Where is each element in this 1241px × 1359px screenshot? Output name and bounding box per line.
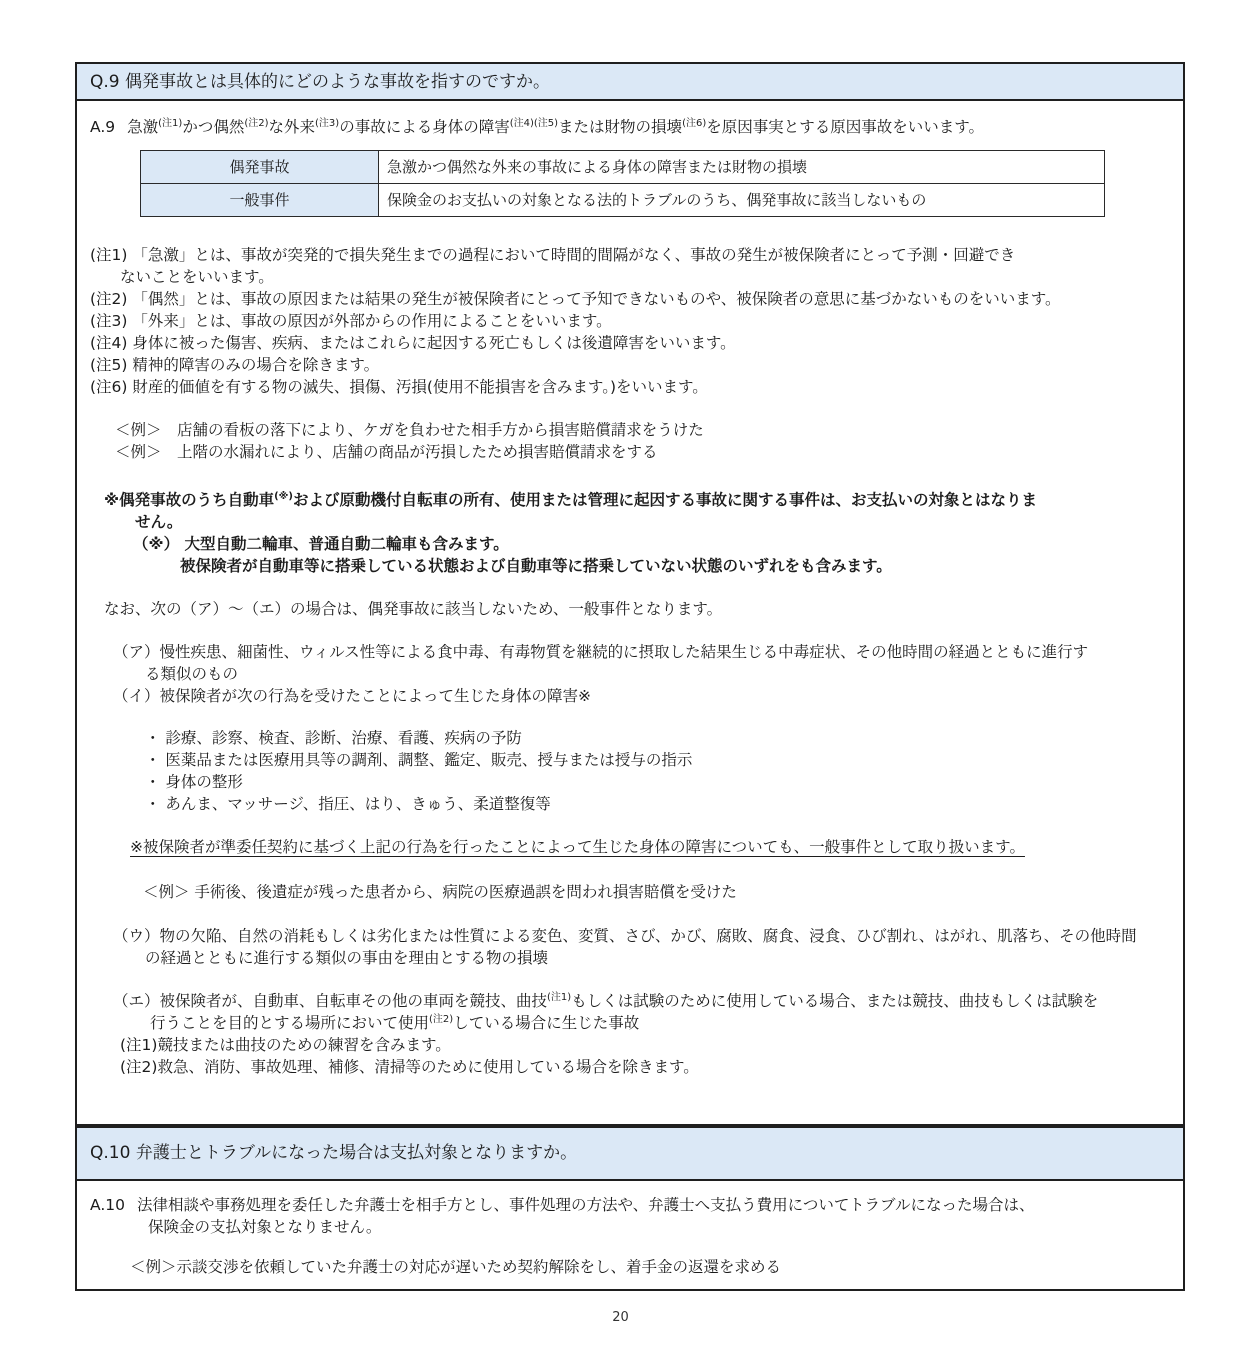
auto-note-text-2: および原動機付自転車の所有、使用または管理に起因する事故に関する事件は、お支払い… [293, 491, 1037, 509]
item-e-line-2: 行うことを目的とする場所において使用(注2)している場合に生じた事故 [90, 1012, 1167, 1034]
a10-label: A.10 [90, 1194, 125, 1216]
a10-intro-line: A.10法律相談や事務処理を委任した弁護士を相手方とし、事件処理の方法や、弁護士… [90, 1194, 1167, 1216]
list-item-pharmaceuticals: ・ 医薬品または医療用具等の調剤、調整、鑑定、販売、授与または授与の指示 [90, 749, 1167, 771]
nao-line: なお、次の（ア）～（エ）の場合は、偶発事故に該当しないため、一般事件となります。 [90, 598, 1167, 620]
q10-question-header: Q.10 弁護士とトラブルになった場合は支払対象となりますか。 [75, 1126, 1185, 1181]
example-signboard: ＜例＞ 店舗の看板の落下により、ケガを負わせた相手方から損害賠償請求をうけた [90, 419, 1167, 441]
a9-label: A.9 [90, 116, 115, 138]
exclusion-items-a-i: （ア）慢性疾患、細菌性、ウィルス性等による食中毒、有毒物質を継続的に摂取した結果… [90, 641, 1167, 707]
a9-text-1: 急激 [127, 118, 158, 136]
surgery-example-block: ＜例＞ 手術後、後遺症が残った患者から、病院の医療過誤を問われ損害賠償を受けた [90, 881, 1167, 903]
item-e-note-1: (注1)競技または曲技のための練習を含みます。 [90, 1034, 1167, 1056]
note-1-line-2: ないことをいいます。 [90, 266, 1167, 288]
a10-example: ＜例＞示談交渉を依頼していた弁護士の対応が遅いため契約解除をし、着手金の返還を求… [90, 1256, 1167, 1278]
a9-note-ref-2: (注2) [244, 118, 268, 129]
note-1-line-1: (注1) 「急激」とは、事故が突発的で損失発生までの過程において時間的間隔がなく… [90, 244, 1167, 266]
medical-acts-list: ・ 診療、診察、検査、診断、治療、看護、疾病の予防 ・ 医薬品または医療用具等の… [90, 727, 1167, 815]
note-4: (注4) 身体に被った傷害、疾病、またはこれらに起因する死亡もしくは後遺障害をい… [90, 332, 1167, 354]
a9-note-ref-5: (注6) [682, 118, 706, 129]
a9-text-4: の事故による身体の障害 [339, 118, 510, 136]
note-6: (注6) 財産的価値を有する物の滅失、損傷、汚損(使用不能損害を含みます。)をい… [90, 376, 1167, 398]
auto-note-ref: (※) [274, 491, 293, 502]
item-e-text-4: している場合に生じた事故 [453, 1014, 639, 1032]
a9-note-ref-4: (注4)(注5) [510, 118, 558, 129]
item-e-line-1: （エ）被保険者が、自動車、自転車その他の車両を競技、曲技(注1)もしくは試験のた… [90, 990, 1167, 1012]
auto-note-line-2: せん。 [90, 511, 1167, 533]
example-water-leak: ＜例＞ 上階の水漏れにより、店舗の商品が汚損したため損害賠償請求をする [90, 441, 1167, 463]
table-row-ippan: 一般事件 保険金のお支払いの対象となる法的トラブルのうち、偶発事故に該当しないも… [141, 184, 1105, 217]
notes-block: (注1) 「急激」とは、事故が突発的で損失発生までの過程において時間的間隔がなく… [90, 244, 1167, 398]
item-i-line: （イ）被保険者が次の行為を受けたことによって生じた身体の障害※ [90, 685, 1167, 707]
exclusion-item-e: （エ）被保険者が、自動車、自転車その他の車両を競技、曲技(注1)もしくは試験のた… [90, 990, 1167, 1078]
item-a-line-2: る類似のもの [90, 663, 1167, 685]
a9-answer-box: A.9急激(注1)かつ偶然(注2)な外来(注3)の事故による身体の障害(注4)(… [75, 101, 1185, 1126]
general-case-intro: なお、次の（ア）～（エ）の場合は、偶発事故に該当しないため、一般事件となります。 [90, 598, 1167, 620]
term-cell: 一般事件 [141, 184, 379, 217]
auto-note-line-1: ※偶発事故のうち自動車(※)および原動機付自転車の所有、使用または管理に起因する… [90, 489, 1167, 511]
item-e-text-3: 行うことを目的とする場所において使用 [150, 1014, 429, 1032]
note-2: (注2) 「偶然」とは、事故の原因または結果の発生が被保険者にとって予知できない… [90, 288, 1167, 310]
a9-note-ref-3: (注3) [315, 118, 339, 129]
item-u-line-2: の経過とともに進行する類似の事由を理由とする物の損壊 [90, 947, 1167, 969]
a10-answer-box: A.10法律相談や事務処理を委任した弁護士を相手方とし、事件処理の方法や、弁護士… [75, 1181, 1185, 1291]
item-a-line-1: （ア）慢性疾患、細菌性、ウィルス性等による食中毒、有毒物質を継続的に摂取した結果… [90, 641, 1167, 663]
item-u-line-1: （ウ）物の欠陥、自然の消耗もしくは劣化または性質による変色、変質、さび、かび、腐… [90, 925, 1167, 947]
automobile-exclusion-note: ※偶発事故のうち自動車(※)および原動機付自転車の所有、使用または管理に起因する… [90, 489, 1167, 577]
item-e-note-ref-2: (注2) [429, 1014, 453, 1025]
a9-note-ref-1: (注1) [158, 118, 182, 129]
a9-intro-line: A.9急激(注1)かつ偶然(注2)な外来(注3)の事故による身体の障害(注4)(… [90, 116, 1167, 138]
a9-text-5: または財物の損壊 [558, 118, 682, 136]
item-e-note-ref-1: (注1) [547, 992, 571, 1003]
note-3: (注3) 「外来」とは、事故の原因が外部からの作用によることをいいます。 [90, 310, 1167, 332]
incident-definition-table: 偶発事故 急激かつ偶然な外来の事故による身体の障害または財物の損壊 一般事件 保… [140, 150, 1105, 217]
a9-text-3: な外来 [269, 118, 316, 136]
list-item-body-shaping: ・ 身体の整形 [90, 771, 1167, 793]
item-e-text-2: もしくは試験のために使用している場合、または競技、曲技もしくは試験を [571, 992, 1098, 1010]
a10-line-2: 保険金の支払対象となりません。 [90, 1216, 1167, 1238]
page-number: 20 [0, 1310, 1241, 1325]
quasi-mandate-note-line: ※被保険者が準委任契約に基づく上記の行為を行ったことによって生じた身体の障害につ… [90, 836, 1167, 858]
a9-text-6: を原因事実とする原因事故をいいます。 [706, 118, 984, 136]
auto-note-line-3: （※） 大型自動二輪車、普通自動二輪車も含みます。 [90, 533, 1167, 555]
quasi-mandate-note: ※被保険者が準委任契約に基づく上記の行為を行ったことによって生じた身体の障害につ… [90, 836, 1167, 858]
faq-document: Q.9 偶発事故とは具体的にどのような事故を指すのですか。 A.9急激(注1)か… [75, 62, 1185, 1291]
example-surgery: ＜例＞ 手術後、後遺症が残った患者から、病院の医療過誤を問われ損害賠償を受けた [90, 881, 1167, 903]
exclusion-item-u: （ウ）物の欠陥、自然の消耗もしくは劣化または性質による変色、変質、さび、かび、腐… [90, 925, 1167, 969]
examples-block: ＜例＞ 店舗の看板の落下により、ケガを負わせた相手方から損害賠償請求をうけた ＜… [90, 419, 1167, 463]
term-cell: 偶発事故 [141, 151, 379, 184]
auto-note-line-4: 被保険者が自動車等に搭乗している状態および自動車等に搭乗していない状態のいずれを… [90, 555, 1167, 577]
item-e-note-2: (注2)救急、消防、事故処理、補修、清掃等のために使用している場合を除きます。 [90, 1056, 1167, 1078]
table-row-guuhatsu: 偶発事故 急激かつ偶然な外来の事故による身体の障害または財物の損壊 [141, 151, 1105, 184]
auto-note-text-1: ※偶発事故のうち自動車 [104, 491, 274, 509]
desc-cell: 保険金のお支払いの対象となる法的トラブルのうち、偶発事故に該当しないもの [379, 184, 1105, 217]
list-item-massage: ・ あんま、マッサージ、指圧、はり、きゅう、柔道整復等 [90, 793, 1167, 815]
a10-text-1: 法律相談や事務処理を委任した弁護士を相手方とし、事件処理の方法や、弁護士へ支払う… [137, 1196, 1034, 1214]
q9-question-header: Q.9 偶発事故とは具体的にどのような事故を指すのですか。 [75, 62, 1185, 101]
a9-text-2: かつ偶然 [182, 118, 244, 136]
list-item-medical-care: ・ 診療、診察、検査、診断、治療、看護、疾病の予防 [90, 727, 1167, 749]
desc-cell: 急激かつ偶然な外来の事故による身体の障害または財物の損壊 [379, 151, 1105, 184]
item-e-text-1: （エ）被保険者が、自動車、自転車その他の車両を競技、曲技 [113, 992, 547, 1010]
note-5: (注5) 精神的障害のみの場合を除きます。 [90, 354, 1167, 376]
